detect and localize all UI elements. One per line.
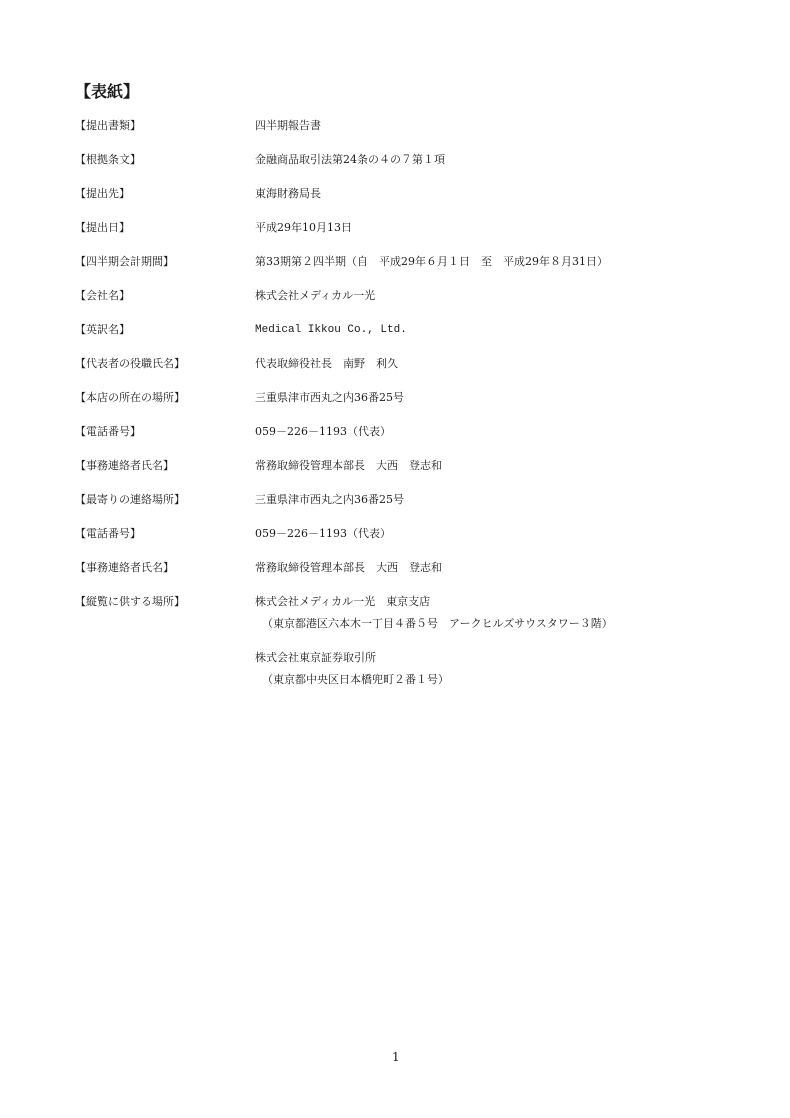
field-label: 【事務連絡者氏名】 bbox=[75, 561, 174, 575]
field-label: 【事務連絡者氏名】 bbox=[75, 459, 174, 473]
field-label: 【四半期会計期間】 bbox=[75, 255, 174, 269]
field-value: 常務取締役管理本部長 大西 登志和 bbox=[255, 561, 442, 575]
field-row-contact-person-2: 【事務連絡者氏名】 常務取締役管理本部長 大西 登志和 bbox=[0, 561, 790, 581]
field-value: 東海財務局長 bbox=[255, 187, 321, 201]
field-row-company-name: 【会社名】 株式会社メディカル一光 bbox=[0, 289, 790, 309]
field-row-english-name: 【英訳名】 Medical Ikkou Co., Ltd. bbox=[0, 323, 790, 343]
field-row-nearest-contact: 【最寄りの連絡場所】 三重県津市西丸之内36番25号 bbox=[0, 493, 790, 513]
field-label: 【英訳名】 bbox=[75, 323, 130, 337]
field-value: 平成29年10月13日 bbox=[255, 221, 352, 235]
field-row-submission-date: 【提出日】 平成29年10月13日 bbox=[0, 221, 790, 241]
field-value: 三重県津市西丸之内36番25号 bbox=[255, 391, 404, 405]
field-row-phone: 【電話番号】 059－226－1193（代表） bbox=[0, 425, 790, 445]
field-row-document-type: 【提出書類】 四半期報告書 bbox=[0, 119, 790, 139]
field-label: 【電話番号】 bbox=[75, 425, 141, 439]
inspection-place-name: 株式会社メディカル一光 東京支店 bbox=[255, 595, 430, 609]
field-value: 059－226－1193（代表） bbox=[255, 527, 391, 541]
field-label: 【電話番号】 bbox=[75, 527, 141, 541]
inspection-place-address: （東京都中央区日本橋兜町２番１号） bbox=[262, 673, 449, 687]
field-label: 【縦覧に供する場所】 bbox=[75, 595, 185, 609]
field-row-inspection-places: 【縦覧に供する場所】 株式会社メディカル一光 東京支店 bbox=[0, 595, 790, 615]
field-label: 【根拠条文】 bbox=[75, 153, 141, 167]
page-number: 1 bbox=[392, 1050, 400, 1064]
field-row-phone-2: 【電話番号】 059－226－1193（代表） bbox=[0, 527, 790, 547]
field-row-contact-person: 【事務連絡者氏名】 常務取締役管理本部長 大西 登志和 bbox=[0, 459, 790, 479]
field-label: 【会社名】 bbox=[75, 289, 130, 303]
field-value: 株式会社メディカル一光 bbox=[255, 289, 375, 303]
field-value: 第33期第２四半期（自 平成29年６月１日 至 平成29年８月31日） bbox=[255, 255, 608, 269]
field-label: 【本店の所在の場所】 bbox=[75, 391, 185, 405]
field-value: 常務取締役管理本部長 大西 登志和 bbox=[255, 459, 442, 473]
field-value: 四半期報告書 bbox=[255, 119, 321, 133]
field-label: 【最寄りの連絡場所】 bbox=[75, 493, 185, 507]
field-row-submitted-to: 【提出先】 東海財務局長 bbox=[0, 187, 790, 207]
field-row-head-office: 【本店の所在の場所】 三重県津市西丸之内36番25号 bbox=[0, 391, 790, 411]
field-label: 【提出書類】 bbox=[75, 119, 141, 133]
field-row-representative: 【代表者の役職氏名】 代表取締役社長 南野 利久 bbox=[0, 357, 790, 377]
field-row-legal-basis: 【根拠条文】 金融商品取引法第24条の４の７第１項 bbox=[0, 153, 790, 173]
field-value: 代表取締役社長 南野 利久 bbox=[255, 357, 398, 371]
inspection-place-name: 株式会社東京証券取引所 bbox=[255, 651, 376, 665]
field-label: 【提出日】 bbox=[75, 221, 130, 235]
inspection-place-address: （東京都港区六本木一丁目４番５号 アークヒルズサウスタワー３階） bbox=[262, 617, 613, 631]
field-label: 【提出先】 bbox=[75, 187, 130, 201]
field-value: 金融商品取引法第24条の４の７第１項 bbox=[255, 153, 445, 167]
field-row-fiscal-period: 【四半期会計期間】 第33期第２四半期（自 平成29年６月１日 至 平成29年８… bbox=[0, 255, 790, 275]
field-value: 三重県津市西丸之内36番25号 bbox=[255, 493, 404, 507]
field-label: 【代表者の役職氏名】 bbox=[75, 357, 185, 371]
field-value: 059－226－1193（代表） bbox=[255, 425, 391, 439]
page-title: 【表紙】 bbox=[75, 79, 139, 102]
field-value: Medical Ikkou Co., Ltd. bbox=[255, 323, 407, 337]
